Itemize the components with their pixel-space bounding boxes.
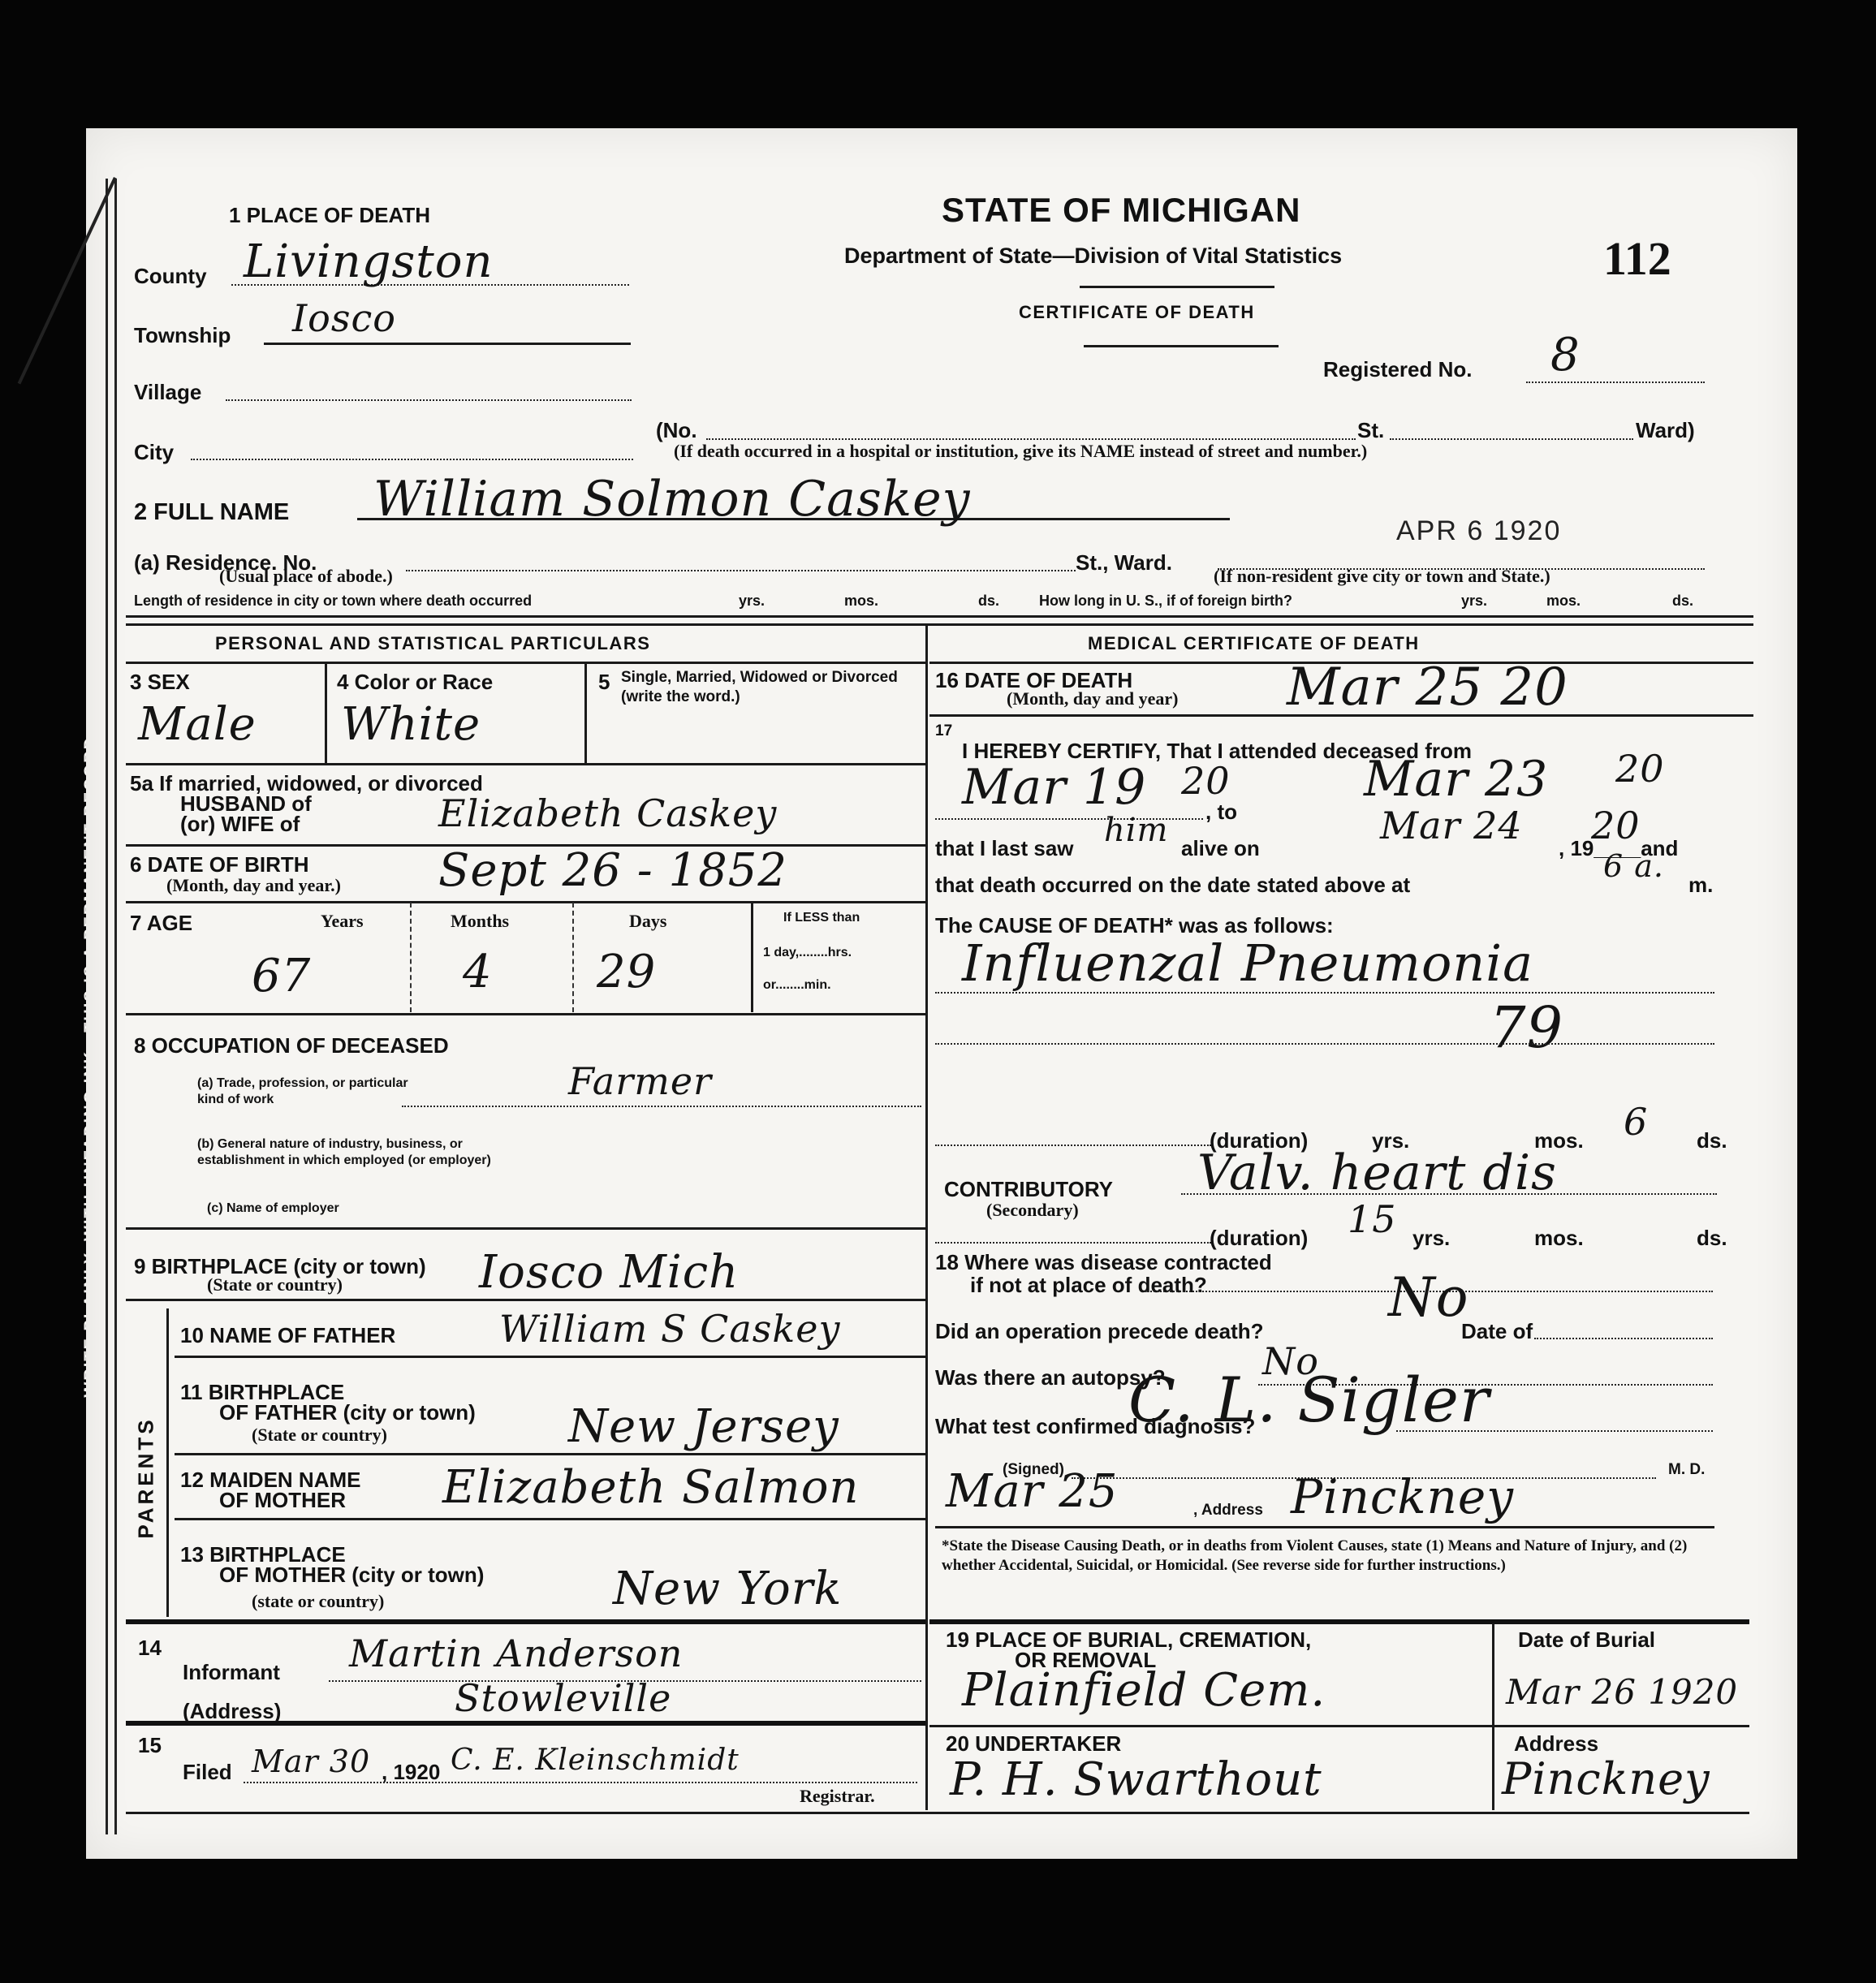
sex-divider [325,662,327,763]
undertaker-field[interactable]: P. H. Swarthout [950,1753,1322,1806]
burial-rule-mid [929,1725,1749,1727]
address-st-line [1390,438,1633,440]
registrar-signature[interactable]: C. E. Kleinschmidt [451,1744,740,1777]
cause-line-3 [935,1145,1211,1146]
informant-field[interactable]: Martin Anderson [349,1632,683,1675]
contributory-label: CONTRIBUTORY [944,1177,1113,1202]
time-of-death-field[interactable]: 6 a. [1603,848,1664,884]
age-months-label: Months [451,911,509,932]
parents-side-label: PARENTS [134,1416,159,1538]
age-years-label: Years [321,911,364,932]
row-rule-1 [126,763,925,765]
marital-num: 5 [598,670,610,695]
age-label: 7 AGE [130,911,192,936]
duration-2-yrs-field[interactable]: 15 [1348,1197,1397,1241]
length-of-residence-label: Length of residence in city or town wher… [134,593,532,610]
cause-extra-field[interactable]: 79 [1490,994,1563,1061]
occupation-label: 8 OCCUPATION OF DECEASED [134,1033,449,1058]
informant-num: 14 [138,1636,162,1661]
contracted-label-2: if not at place of death? [970,1273,1207,1298]
duration-2-mos: mos. [1534,1226,1584,1251]
dob-field[interactable]: Sept 26 - 1852 [438,844,787,897]
father-name-label: 10 NAME OF FATHER [180,1323,395,1348]
county-label: County [134,264,207,289]
residence-sub-label: (Usual place of abode.) [219,566,393,587]
age-less-label: If LESS than [783,911,860,925]
spouse-label-3: (or) WIFE of [180,812,300,837]
contributory-line [1181,1193,1717,1195]
duration-2-line [935,1242,1211,1244]
duration-2-label: (duration) [1210,1226,1308,1251]
race-field[interactable]: White [341,698,481,751]
township-line [264,343,631,345]
burial-place-field[interactable]: Plainfield Cem. [962,1664,1326,1717]
registered-no-line [1526,382,1705,383]
last-saw-pronoun[interactable]: him [1104,812,1168,849]
operation-date-line [1534,1338,1713,1339]
cause-field[interactable]: Influenzal Pneumonia [962,933,1533,993]
county-field[interactable]: Livingston [244,235,494,288]
mother-name-field[interactable]: Elizabeth Salmon [442,1461,860,1514]
parents-side-label-box: PARENTS [122,1380,170,1575]
foreign-birth-label: How long in U. S., if of foreign birth? [1039,593,1292,610]
burial-divider [1492,1623,1494,1810]
undertaker-address-field[interactable]: Pinckney [1502,1753,1710,1804]
physician-address-field[interactable]: Pinckney [1291,1469,1514,1524]
occupation-c-label: (c) Name of employer [207,1201,339,1216]
contracted-label-1: 18 Where was disease contracted [935,1250,1272,1275]
village-line [226,399,632,401]
attended-to-field[interactable]: Mar 23 [1364,751,1548,808]
residence-yrs-label: yrs. [739,593,765,610]
informant-address-field[interactable]: Stowleville [455,1676,671,1720]
sex-label: 3 SEX [130,670,190,695]
dod-sub-label: (Month, day and year) [1007,688,1178,709]
received-date-stamp: APR 6 1920 [1396,515,1561,547]
occupation-b-label: (b) General nature of industry, business… [197,1136,498,1169]
residence-st-ward-label: St., Ward. [1076,550,1172,576]
mother-bp-sub: (state or country) [252,1591,384,1612]
father-bp-label-2: OF FATHER (city or town) [219,1400,476,1425]
father-rule [175,1356,925,1358]
section-rule-top [126,615,1753,618]
occupation-a-line [402,1106,921,1107]
township-field[interactable]: Iosco [292,296,396,340]
contributory-sub: (Secondary) [986,1200,1079,1221]
village-label: Village [134,380,201,405]
certificate-number: 112 [1603,231,1671,286]
mother-name-label-2: OF MOTHER [219,1488,346,1513]
father-bp-sub: (State or country) [252,1425,387,1446]
age-less-day: 1 day,........hrs. [763,946,852,960]
header-rule-1 [1080,286,1274,288]
dod-rule [929,714,1753,717]
nonresident-note: (If non-resident give city or town and S… [1214,566,1550,587]
residence-ds-label: ds. [978,593,999,610]
personal-rule [126,662,925,664]
occurred-label: that death occurred on the date stated a… [935,873,1410,898]
foreign-ds-label: ds. [1672,593,1693,610]
age-days-field[interactable]: 29 [597,946,656,998]
attended-to-label: , to [1205,800,1237,825]
address-no-line [706,438,1356,440]
spouse-field[interactable]: Elizabeth Caskey [438,791,777,835]
age-days-label: Days [629,911,666,932]
form-title: CERTIFICATE OF DEATH [1019,302,1255,323]
father-bp-rule [175,1453,925,1455]
physician-address-line [935,1526,1714,1528]
row-rule-3 [126,901,925,903]
mother-bp-label-2: OF MOTHER (city or town) [219,1563,484,1588]
age-less-min: or........min. [763,978,831,993]
duration-2-yrs: yrs. [1412,1226,1450,1251]
residence-mos-label: mos. [844,593,878,610]
signed-date-field[interactable]: Mar 25 [946,1465,1119,1518]
mother-bp-field[interactable]: New York [613,1563,842,1615]
row-rule-5 [126,1227,925,1230]
filed-num: 15 [138,1733,162,1758]
race-divider [584,662,587,763]
sex-field[interactable]: Male [138,698,257,751]
age-divider-2 [572,903,574,1012]
attended-from-year[interactable]: 20 [1181,759,1231,803]
duration-2-ds: ds. [1697,1226,1727,1251]
filed-label: Filed [183,1760,232,1785]
marital-label: Single, Married, Widowed or Divorced (wr… [621,668,913,707]
registered-no-label: Registered No. [1323,357,1473,382]
header-rule-2 [1084,345,1279,347]
time-suffix: m. [1688,873,1713,898]
dod-field[interactable]: Mar 25 20 [1287,657,1568,718]
department-title: Department of State—Division of Vital St… [844,244,1342,269]
duration-1-ds: ds. [1697,1128,1727,1153]
physician-signature[interactable]: C. L. Sigler [1128,1364,1490,1436]
registrar-label: Registrar. [800,1786,875,1807]
cause-footnote: *State the Disease Causing Death, or in … [942,1537,1721,1576]
occupation-a-field[interactable]: Farmer [568,1059,712,1103]
attended-from-field[interactable]: Mar 19 [962,759,1146,816]
informant-label: Informant [183,1660,280,1685]
certify-num: 17 [935,722,952,740]
column-divider [925,625,928,1810]
dob-sub-label: (Month, day and year.) [166,875,341,896]
age-months-field[interactable]: 4 [463,946,493,998]
operation-label: Did an operation precede death? [935,1319,1264,1344]
city-label: City [134,440,174,465]
occupation-a-label: (a) Trade, profession, or particular kin… [197,1076,408,1108]
operation-date-label: Date of [1461,1319,1533,1344]
foreign-yrs-label: yrs. [1461,593,1487,610]
full-name-label: 2 FULL NAME [134,499,289,526]
mother-rule [175,1518,925,1520]
filed-date-field[interactable]: Mar 30 [252,1744,370,1779]
address-note: (If death occurred in a hospital or inst… [674,441,1367,462]
burial-date-label: Date of Burial [1518,1627,1655,1653]
personal-heading: PERSONAL AND STATISTICAL PARTICULARS [215,633,650,654]
last-saw-label: that I last saw [935,836,1074,861]
dob-label: 6 DATE OF BIRTH [130,852,309,877]
birthplace-field[interactable]: Iosco Mich [479,1246,739,1299]
foreign-mos-label: mos. [1546,593,1581,610]
bottom-rule [126,1812,1749,1814]
cause-line-1 [935,992,1714,994]
father-bp-field[interactable]: New Jersey [568,1400,839,1453]
residence-line [406,570,1076,571]
section-rule-bottom [126,623,1753,626]
contracted-field[interactable]: No [1388,1266,1469,1329]
father-name-field[interactable]: William S Caskey [499,1307,840,1351]
address-ward-label: Ward) [1636,418,1695,443]
township-label: Township [134,323,231,348]
last-saw-date[interactable]: Mar 24 [1380,804,1523,847]
address-st-label: St. [1357,418,1384,443]
parents-rule [126,1619,925,1624]
registered-no-field[interactable]: 8 [1550,329,1581,382]
address-no-label: (No. [656,418,697,443]
city-line [191,459,633,460]
age-divider-1 [410,903,412,1012]
full-name-field[interactable]: William Solmon Caskey [373,471,971,528]
physician-address-label: , Address [1193,1502,1263,1520]
birthplace-sub-label: (State or country) [207,1274,343,1295]
place-of-death-heading: 1 PLACE OF DEATH [229,203,430,228]
cause-line-2 [935,1043,1714,1045]
burial-date-field[interactable]: Mar 26 1920 [1506,1672,1738,1712]
race-label: 4 Color or Race [337,670,493,695]
medical-heading: MEDICAL CERTIFICATE OF DEATH [1088,633,1420,654]
informant-rule [126,1721,925,1726]
alive-on-label: alive on [1181,836,1260,861]
burial-rule-top [929,1619,1749,1624]
left-border [106,179,117,1834]
row-rule-4 [126,1013,925,1015]
md-label: M. D. [1668,1461,1705,1479]
age-divider-3 [751,903,753,1012]
row-rule-6 [126,1299,925,1301]
age-years-field[interactable]: 67 [252,950,311,1002]
filed-line [244,1782,917,1783]
attended-to-year[interactable]: 20 [1615,747,1665,791]
duration-1-ds-field[interactable]: 6 [1624,1100,1648,1144]
state-title: STATE OF MICHIGAN [942,191,1300,230]
